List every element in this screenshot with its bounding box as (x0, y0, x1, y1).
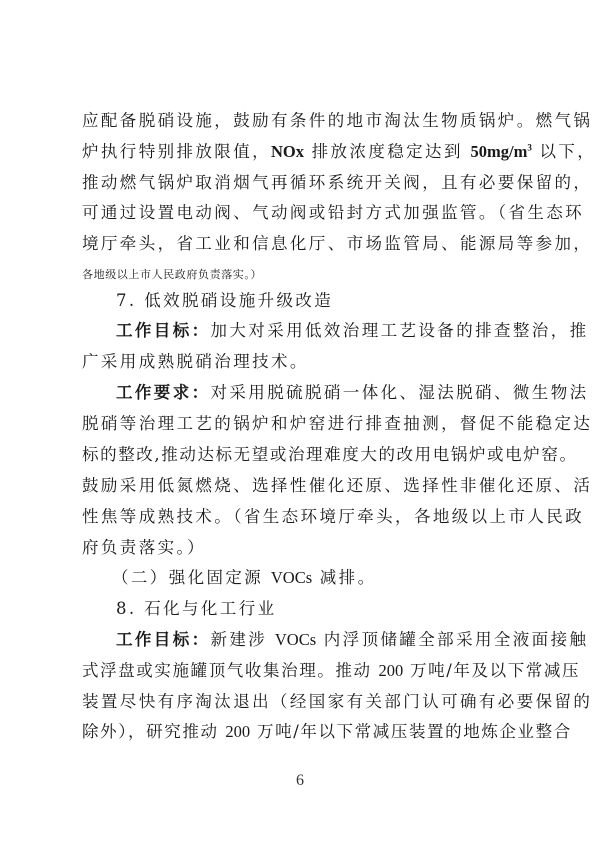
text-span: 排放浓度稳定达到 (304, 142, 471, 161)
text-span: （二）强化固定源 (112, 568, 271, 587)
paragraph-line: 炉执行特别排放限值，NOx 排放浓度稳定达到 50mg/m3 以下， (82, 142, 522, 162)
work-goal-label: 工作目标： (116, 321, 211, 340)
paragraph-line: 脱硝等治理工艺的锅炉和炉窑进行排查抽测，督促不能稳定达 (82, 414, 522, 434)
section-heading-7: 7. 低效脱硝设施升级改造 (116, 291, 522, 311)
section-heading-8: 8. 石化与化工行业 (116, 599, 522, 619)
paragraph-line: 鼓励采用低氮燃烧、选择性催化还原、选择性非催化还原、活 (82, 476, 522, 496)
paragraph-line: 推动燃气锅炉取消烟气再循环系统开关阀，且有必要保留的， (82, 173, 522, 193)
concentration-value: 50mg/m3 (471, 142, 532, 161)
paragraph-line-small: 各地级以上市人民政府负责落实。） (82, 265, 522, 285)
paragraph-line: 可通过设置电动阀、气动阀或铅封方式加强监管。（省生态环 (82, 203, 522, 223)
text-span: 式浮盘或实施罐顶气收集治理。推动 (82, 661, 378, 680)
text-span: 万吨/年及以下常减压 (403, 661, 580, 680)
text-span: 减排。 (312, 568, 376, 587)
text-span: 加大对采用低效治理工艺设备的排查整治，推 (211, 321, 589, 340)
document-page: 应配备脱硝设施，鼓励有条件的地市淘汰生物质锅炉。燃气锅 炉执行特别排放限值，NO… (0, 0, 600, 848)
nox-term: NOx (271, 142, 304, 161)
work-goal-label: 工作目标： (116, 630, 211, 649)
paragraph-line: 府负责落实。） (82, 538, 522, 558)
text-span: 对采用脱硫脱硝一体化、湿法脱硝、微生物法 (211, 383, 589, 402)
vocs-term: VOCs (275, 630, 316, 649)
text-span: 除外），研究推动 (82, 722, 225, 741)
paragraph-line: 式浮盘或实施罐顶气收集治理。推动 200 万吨/年及以下常减压 (82, 661, 522, 681)
paragraph-line: 标的整改,推动达标无望或治理难度大的改用电锅炉或电炉窑。 (82, 445, 522, 465)
paragraph-line: 工作要求：对采用脱硫脱硝一体化、湿法脱硝、微生物法 (116, 383, 522, 403)
capacity-value: 200 (378, 661, 403, 680)
work-requirement-label: 工作要求： (116, 383, 211, 402)
paragraph-line: 广采用成熟脱硝治理技术。 (82, 352, 522, 372)
paragraph-line: 除外），研究推动 200 万吨/年以下常减压装置的地炼企业整合 (82, 722, 522, 742)
page-number: 6 (0, 772, 600, 790)
paragraph-line: 境厅牵头，省工业和信息化厅、市场监管局、能源局等参加， (82, 234, 522, 254)
paragraph-line: 性焦等成熟技术。（省生态环境厅牵头，各地级以上市人民政 (82, 507, 522, 527)
text-span: 新建涉 (211, 630, 275, 649)
section-heading-2: （二）强化固定源 VOCs 减排。 (112, 568, 518, 588)
paragraph-line: 应配备脱硝设施，鼓励有条件的地市淘汰生物质锅炉。燃气锅 (82, 111, 522, 131)
text-span: 炉执行特别排放限值， (82, 142, 271, 161)
text-span: 万吨/年以下常减压装置的地炼企业整合 (250, 722, 572, 741)
paragraph-line: 装置尽快有序淘汰退出（经国家有关部门认可确有必要保留的 (82, 692, 522, 712)
capacity-value: 200 (225, 722, 250, 741)
paragraph-line: 工作目标：加大对采用低效治理工艺设备的排查整治，推 (116, 321, 522, 341)
text-span: 以下， (532, 142, 596, 161)
paragraph-line: 工作目标：新建涉 VOCs 内浮顶储罐全部采用全液面接触 (116, 630, 522, 650)
vocs-term: VOCs (271, 568, 312, 587)
text-span: 内浮顶储罐全部采用全液面接触 (316, 630, 588, 649)
